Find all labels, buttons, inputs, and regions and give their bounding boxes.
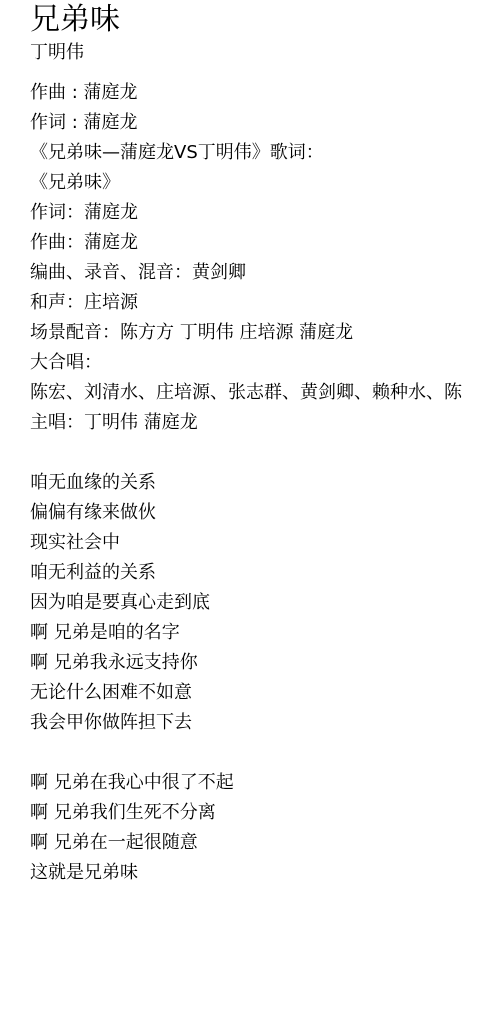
- lyric-line: 啊 兄弟在一起很随意: [30, 828, 500, 858]
- credit-line-voiceover: 场景配音：陈方方 丁明伟 庄培源 蒲庭龙: [30, 318, 500, 348]
- lyric-line: 啊 兄弟我们生死不分离: [30, 798, 500, 828]
- lyric-line: 这就是兄弟味: [30, 858, 500, 888]
- verse-2: 啊 兄弟在我心中很了不起 啊 兄弟我们生死不分离 啊 兄弟在一起很随意 这就是兄…: [30, 768, 500, 888]
- credit-line-chorus-members: 陈宏、刘清水、庄培源、张志群、黄剑卿、赖种水、陈: [30, 378, 500, 408]
- credit-line-heading: 《兄弟味—蒲庭龙VS丁明伟》歌词：: [30, 138, 500, 168]
- lyric-line: 偏偏有缘来做伙: [30, 498, 500, 528]
- credit-line-song-name: 《兄弟味》: [30, 168, 500, 198]
- credit-line-chorus-label: 大合唱：: [30, 348, 500, 378]
- lyric-line: 因为咱是要真心走到底: [30, 588, 500, 618]
- blank-line: [30, 738, 500, 768]
- lyrics-page: 兄弟味 丁明伟 作曲 : 蒲庭龙 作词 : 蒲庭龙 《兄弟味—蒲庭龙VS丁明伟》…: [30, 0, 500, 888]
- verse-1: 咱无血缘的关系 偏偏有缘来做伙 现实社会中 咱无利益的关系 因为咱是要真心走到底…: [30, 468, 500, 738]
- credit-line-composer-2: 作曲：蒲庭龙: [30, 228, 500, 258]
- credit-line-lead-vocals: 主唱：丁明伟 蒲庭龙: [30, 408, 500, 438]
- lyric-line: 啊 兄弟在我心中很了不起: [30, 768, 500, 798]
- song-artist: 丁明伟: [30, 40, 500, 66]
- credit-line-lyricist: 作词 : 蒲庭龙: [30, 108, 500, 138]
- credits-section: 作曲 : 蒲庭龙 作词 : 蒲庭龙 《兄弟味—蒲庭龙VS丁明伟》歌词： 《兄弟味…: [30, 78, 500, 438]
- lyric-line: 咱无利益的关系: [30, 558, 500, 588]
- credit-line-harmony: 和声：庄培源: [30, 288, 500, 318]
- lyric-line: 啊 兄弟我永远支持你: [30, 648, 500, 678]
- lyric-line: 无论什么困难不如意: [30, 678, 500, 708]
- credit-line-arrangement: 编曲、录音、混音：黄剑卿: [30, 258, 500, 288]
- credit-line-lyricist-2: 作词：蒲庭龙: [30, 198, 500, 228]
- blank-line: [30, 438, 500, 468]
- lyric-line: 咱无血缘的关系: [30, 468, 500, 498]
- lyric-line: 现实社会中: [30, 528, 500, 558]
- song-title: 兄弟味: [30, 0, 500, 40]
- lyrics-body: 作曲 : 蒲庭龙 作词 : 蒲庭龙 《兄弟味—蒲庭龙VS丁明伟》歌词： 《兄弟味…: [30, 78, 500, 888]
- lyric-line: 啊 兄弟是咱的名字: [30, 618, 500, 648]
- credit-line-composer: 作曲 : 蒲庭龙: [30, 78, 500, 108]
- lyric-line: 我会甲你做阵担下去: [30, 708, 500, 738]
